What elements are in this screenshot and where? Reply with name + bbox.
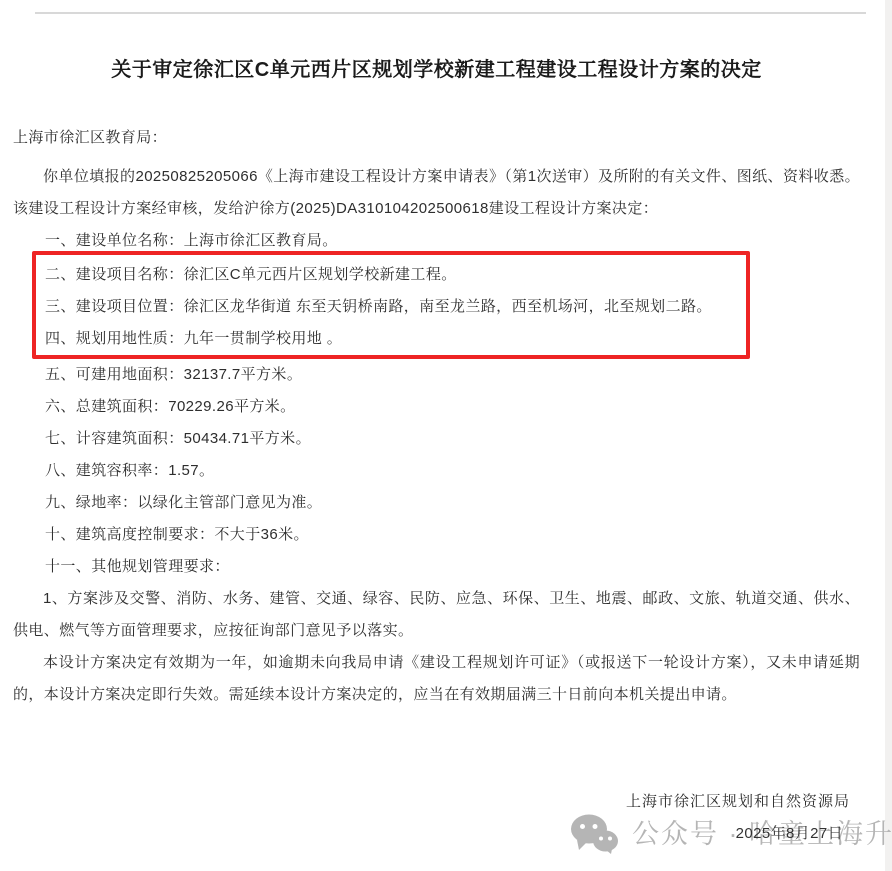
signature-block: 上海市徐汇区规划和自然资源局 2025年8月27日 (13, 786, 860, 850)
item-5: 五、可建用地面积：32137.7平方米。 (13, 359, 860, 391)
item-7: 七、计容建筑面积：50434.71平方米。 (13, 423, 860, 455)
document-content: 关于审定徐汇区C单元西片区规划学校新建工程建设工程设计方案的决定 上海市徐汇区教… (0, 52, 892, 850)
item-10: 十、建筑高度控制要求：不大于36米。 (13, 519, 860, 551)
top-divider-line (35, 12, 866, 14)
signature-agency: 上海市徐汇区规划和自然资源局 (13, 786, 860, 818)
clause-1-paragraph: 1、方案涉及交警、消防、水务、建管、交通、绿容、民防、应急、环保、卫生、地震、邮… (13, 583, 860, 647)
item-8: 八、建筑容积率：1.57。 (13, 455, 860, 487)
highlight-box: 二、建设项目名称：徐汇区C单元西片区规划学校新建工程。 三、建设项目位置：徐汇区… (32, 251, 750, 359)
salutation: 上海市徐汇区教育局： (13, 122, 860, 154)
item-9: 九、绿地率：以绿化主管部门意见为准。 (13, 487, 860, 519)
signature-date: 2025年8月27日 (13, 818, 860, 850)
item-11: 十一、其他规划管理要求： (13, 551, 860, 583)
item-3-highlighted: 三、建设项目位置：徐汇区龙华街道 东至天钥桥南路，南至龙兰路，西至机场河，北至规… (45, 291, 740, 323)
item-4-highlighted: 四、规划用地性质：九年一贯制学校用地 。 (45, 323, 740, 355)
item-6: 六、总建筑面积：70229.26平方米。 (13, 391, 860, 423)
closing-paragraph: 本设计方案决定有效期为一年，如逾期未向我局申请《建设工程规划许可证》（或报送下一… (13, 647, 860, 711)
intro-paragraph: 你单位填报的20250825205066《上海市建设工程设计方案申请表》（第1次… (13, 161, 860, 225)
item-2-highlighted: 二、建设项目名称：徐汇区C单元西片区规划学校新建工程。 (45, 259, 740, 291)
document-page: 公众号 · 哈童上海升学 关于审定徐汇区C单元西片区规划学校新建工程建设工程设计… (0, 0, 892, 871)
document-title: 关于审定徐汇区C单元西片区规划学校新建工程建设工程设计方案的决定 (13, 52, 860, 88)
